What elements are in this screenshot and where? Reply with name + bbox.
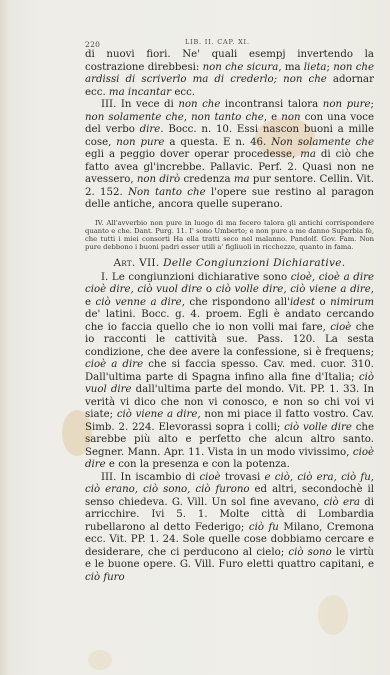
paragraph-continuation: di nuovi fiori. Ne' quali esempj inverte… [85, 49, 374, 99]
footnote-iv: IV. All'avverbio non pure in luogo di ma… [85, 219, 374, 252]
foxing-stain [88, 650, 112, 670]
text-column: 220 LIB. II. CAP. XI. di nuovi fiori. Ne… [85, 38, 374, 584]
page-number: 220 [85, 40, 100, 49]
running-head: LIB. II. CAP. XI. [185, 38, 250, 46]
foxing-stain [318, 595, 348, 635]
page-header: 220 LIB. II. CAP. XI. [85, 38, 374, 49]
paragraph-iii-b: III. In iscambio di cioè trovasi e ciò, … [85, 472, 374, 585]
paragraph-iii: III. In vece di non che incontransi talo… [85, 99, 374, 212]
article-title: Delle Congiunzioni Dichiarative. [163, 257, 345, 269]
book-page: 220 LIB. II. CAP. XI. di nuovi fiori. Ne… [0, 0, 390, 675]
paragraph-i: I. Le congiunzioni dichiarative sono cio… [85, 272, 374, 472]
article-label: Art. VII. [114, 257, 160, 269]
section-heading: Art. VII. Delle Congiunzioni Dichiarativ… [85, 257, 374, 269]
